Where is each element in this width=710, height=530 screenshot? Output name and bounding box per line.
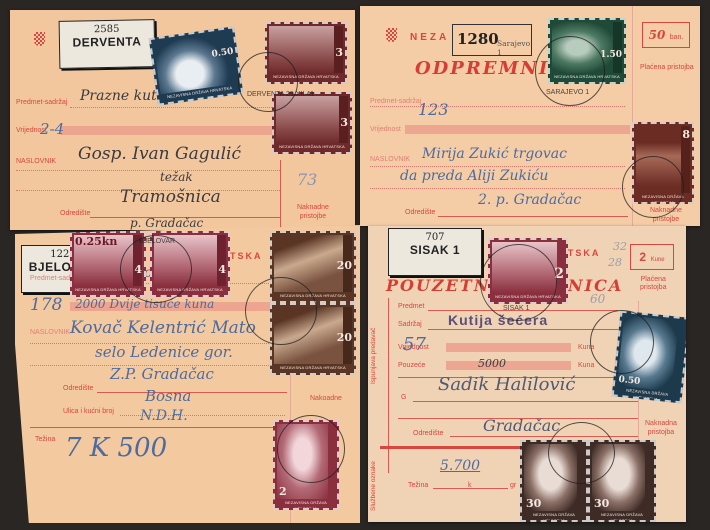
card-header-fragment: NEZA [410,32,449,43]
postmark-cancel: SISAK 1 [480,244,557,321]
predmet-label: Predmet-sadržaj [370,98,421,105]
number-value: 178 [30,295,62,315]
naslovnik-line-2: da preda Aliji Zukiću [400,168,548,184]
postmark-cancel: DERVENTA 29.XII.41 [238,52,298,112]
naslovnik-value: Sadik Halilović [438,374,576,395]
number-value: 57 [403,334,426,355]
pencil-note-1: 32 [613,240,627,253]
naslovnik-line-3: Z.P. Gradačac [110,365,214,383]
registration-label: 707 SISAK 1 [388,228,482,276]
postmark-cancel [245,277,317,345]
naslovnik-line-3: Tramošnica [120,187,221,207]
card-header-fragment: TSKA [230,251,263,261]
pouzece-band [446,361,571,370]
registration-number: 707 [389,232,481,243]
fee-box: 2 Kune [630,244,674,270]
naslovnik-label: NASLOVNIK [30,329,70,336]
odrediste-label: Odredište [405,209,435,216]
side-label-sluzbene: Službene oznake [370,461,377,511]
gr-label: gr [510,482,516,489]
sadrzaj-label: Sadržaj [398,321,422,328]
naslovnik-line-1: Mirija Zukić trgovac [422,146,567,162]
registration-label: 1280 Sarajevo 1 [452,24,532,56]
postmark-cancel [590,310,654,374]
fee-caption: Plaćenapristojba [640,276,666,292]
registration-place: DERVENTA [60,34,154,50]
number-value: 123 [418,100,449,119]
tezina-value: 5.700 [440,458,480,474]
registration-place: Sarajevo 1 [497,39,531,57]
tezina-value: 7 K 500 [65,433,167,463]
registration-number: 1280 [457,30,499,48]
value-band [405,125,630,134]
odrediste-label: Odredište [413,430,443,437]
postmark-cancel [277,415,345,483]
postmark-cancel: SARAJEVO 1 [535,36,605,106]
value-band [446,343,571,352]
naslovnik-label: NASLOVNIK [16,158,56,165]
value-band [60,126,275,135]
fee-caption: Plaćena pristojba [640,64,694,71]
naslovnik-line-2: selo Ledenice gor. [95,343,233,361]
ulica-label: Ulica i kućni broj [63,408,114,415]
fee-box: 50 ban. [642,22,690,48]
odrediste-label: Odredište [63,385,93,392]
pouzece-value: 5000 [478,357,506,370]
stamp-0-50-kuna: 0.50 NEZAVISNA DRŽAVA HRVATSKA [149,26,244,105]
parcel-card-sisak: ATSKA 707 SISAK 1 POUZETNA NICA 2 Kune P… [368,226,686,522]
ulica-line-2: N.D.H. [140,408,188,424]
coat-of-arms-icon [34,32,45,46]
k-label: k [468,482,472,489]
postmark-cancel: BJELOVAR [120,235,192,303]
vrijednost-value: 2-4 [40,120,64,138]
naslovnik-line-2: težak [160,170,193,184]
overprint-value: 0.25kn [75,235,117,248]
side-number: 73 [297,170,317,189]
tezina-label: Težina [35,436,55,443]
predmet-label: Predmet-sadržaj [16,99,67,106]
kuna-label: Kuna [578,362,594,369]
card-title: ODPREMNI [415,58,549,79]
parcel-card-sarajevo: NEZA 1280 Sarajevo 1 ODPREMNI 50 ban. Pl… [360,6,700,226]
naslovnik-label: NASLOVNIK [370,156,410,163]
naslovnik-line-3: 2. p. Gradačac [478,192,581,208]
registration-label: 2585 DERVENTA [59,19,156,69]
parcel-card-derventa: SKA 2585 DERVENTA Predmet-sadržaj Prazne… [10,10,355,230]
ulica-line-1: Bosna [145,387,191,405]
tezina-label: Težina [408,482,428,489]
side-label-ispunjava: Ispunjava predavač [370,328,377,384]
registration-place: SISAK 1 [389,243,481,257]
pencil-note-3: 60 [590,292,605,306]
odrediste-label: Odredište [60,210,90,217]
pouzece-label: Pouzeće [398,362,425,369]
postmark-cancel [622,156,684,218]
parcel-card-bjelovar: TSKA 1226 BJELOVAR Predmet-sadržaj Civil… [15,225,360,523]
vrijednost-label: Vrijednost [370,126,401,133]
naknadne-pristojbe-label: Naknadnepristojbe [297,203,329,221]
pencil-note-2: 28 [608,256,622,269]
postmark-cancel [548,422,615,484]
nakn-label: Nakoadne [310,395,342,402]
g-label: G [401,394,406,401]
naslovnik-line-1: Gosp. Ivan Gagulić [78,144,241,164]
predmet-label: Predmet [398,303,424,310]
naknadna-pristojba-label: Naknadnapristojba [645,419,677,437]
coat-of-arms-icon [386,28,397,42]
naslovnik-line-1: Kovač Kelentrić Mato [70,318,256,338]
odrediste-value: p. Gradačac [130,216,203,230]
odrediste-value: Gradačac [483,416,560,435]
